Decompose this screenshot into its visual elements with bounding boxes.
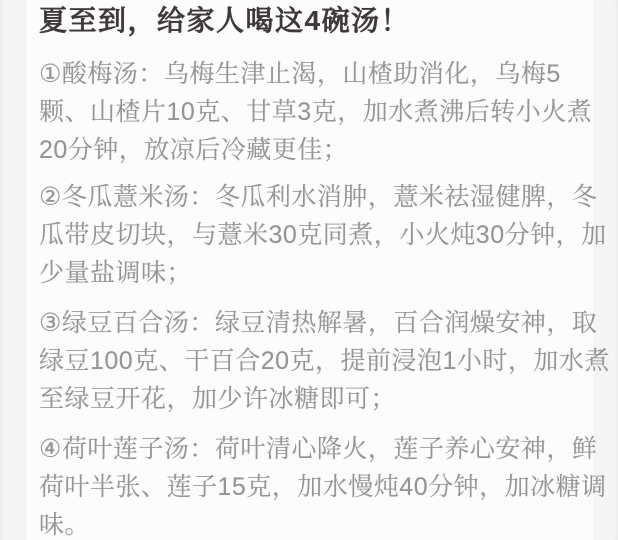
text-line: ①酸梅汤：乌梅生津止渴，山楂助消化，乌梅5	[39, 55, 595, 93]
article-title: 夏至到，给家人喝这4碗汤！	[39, 2, 410, 40]
text-line: 颗、山楂片10克、甘草3克，加水煮沸后转小火煮	[39, 93, 595, 131]
text-line: 味。	[39, 506, 595, 540]
text-line: ③绿豆百合汤：绿豆清热解暑，百合润燥安神，取	[39, 304, 595, 342]
soup-section-2: ②冬瓜薏米汤：冬瓜利水消肿，薏米祛湿健脾，冬 瓜带皮切块，与薏米30克同煮，小火…	[39, 178, 595, 292]
text-line: 荷叶半张、莲子15克，加水慢炖40分钟，加冰糖调	[39, 468, 595, 506]
soup-section-4: ④荷叶莲子汤：荷叶清心降火，莲子养心安神，鲜 荷叶半张、莲子15克，加水慢炖40…	[39, 430, 595, 540]
text-line: ②冬瓜薏米汤：冬瓜利水消肿，薏米祛湿健脾，冬	[39, 178, 595, 216]
article-page: 夏至到，给家人喝这4碗汤！ ①酸梅汤：乌梅生津止渴，山楂助消化，乌梅5 颗、山楂…	[0, 0, 618, 540]
soup-section-3: ③绿豆百合汤：绿豆清热解暑，百合润燥安神，取 绿豆100克、干百合20克，提前浸…	[39, 304, 595, 418]
soup-section-1: ①酸梅汤：乌梅生津止渴，山楂助消化，乌梅5 颗、山楂片10克、甘草3克，加水煮沸…	[39, 55, 595, 169]
text-line: 20分钟，放凉后冷藏更佳；	[39, 131, 595, 169]
text-line: 绿豆100克、干百合20克，提前浸泡1小时，加水煮	[39, 342, 595, 380]
text-line: ④荷叶莲子汤：荷叶清心降火，莲子养心安神，鲜	[39, 430, 595, 468]
page-edge-left	[0, 0, 25, 540]
text-line: 少量盐调味；	[39, 254, 595, 292]
text-line: 瓜带皮切块，与薏米30克同煮，小火炖30分钟，加	[39, 216, 595, 254]
text-line: 至绿豆开花，加少许冰糖即可；	[39, 380, 595, 418]
